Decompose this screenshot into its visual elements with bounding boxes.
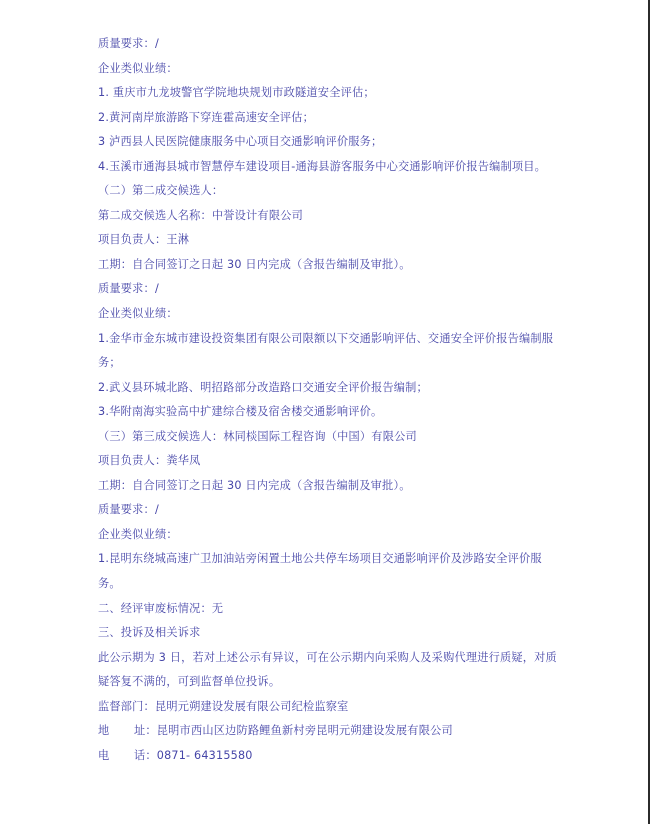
performance-item: 1.昆明东绕城高速广卫加油站旁闲置土地公共停车场项目交通影响评价及涉路安全评价服 bbox=[98, 549, 588, 574]
performance-item: 2.武义县环城北路、明招路部分改造路口交通安全评价报告编制； bbox=[98, 378, 588, 403]
performance-item-continued: 务； bbox=[98, 353, 588, 378]
quality-requirement-2: 质量要求：/ bbox=[98, 279, 588, 304]
quality-requirement-1: 质量要求：/ bbox=[98, 34, 588, 59]
complaints-text-continued: 疑答复不满的，可到监督单位投诉。 bbox=[98, 672, 588, 697]
project-lead-3: 项目负责人：粪华凤 bbox=[98, 451, 588, 476]
quality-requirement-3: 质量要求：/ bbox=[98, 500, 588, 525]
supervision-department: 监督部门：昆明元朔建设发展有限公司纪检监察室 bbox=[98, 697, 588, 722]
performance-item: 3 泸西县人民医院健康服务中心项目交通影响评价服务； bbox=[98, 132, 588, 157]
performance-item-continued: 务。 bbox=[98, 574, 588, 599]
third-candidate-heading: （三）第三成交候选人：林同棪国际工程咨询（中国）有限公司 bbox=[98, 427, 588, 452]
second-candidate-name: 第二成交候选人名称：中誉设计有限公司 bbox=[98, 206, 588, 231]
complaints-text: 此公示期为 3 日，若对上述公示有异议，可在公示期内向采购人及采购代理进行质疑，… bbox=[98, 648, 588, 673]
document-body: 质量要求：/ 企业类似业绩： 1. 重庆市九龙坡警官学院地块规划市政隧道安全评估… bbox=[98, 34, 588, 770]
complaints-section-heading: 三、投诉及相关诉求 bbox=[98, 623, 588, 648]
address-label-a: 地 bbox=[98, 721, 134, 741]
address-line: 地址：昆明市西山区边防路鲤鱼新村旁昆明元朔建设发展有限公司 bbox=[98, 721, 588, 746]
similar-performance-heading-3: 企业类似业绩： bbox=[98, 525, 588, 550]
performance-item: 1. 重庆市九龙坡警官学院地块规划市政隧道安全评估； bbox=[98, 83, 588, 108]
phone-value: 0871- 64315580 bbox=[157, 749, 253, 762]
similar-performance-heading-1: 企业类似业绩： bbox=[98, 59, 588, 84]
phone-line: 电话：0871- 64315580 bbox=[98, 746, 588, 771]
performance-item: 4.玉溪市通海县城市智慧停车建设项目-通海县游客服务中心交通影响评价报告编制项目… bbox=[98, 157, 588, 182]
address-value: 昆明市西山区边防路鲤鱼新村旁昆明元朔建设发展有限公司 bbox=[157, 724, 453, 737]
document-page: 质量要求：/ 企业类似业绩： 1. 重庆市九龙坡警官学院地块规划市政隧道安全评估… bbox=[0, 0, 648, 824]
duration-2: 工期：自合同签订之日起 30 日内完成（含报告编制及审批）。 bbox=[98, 255, 588, 280]
project-lead-2: 项目负责人：王淋 bbox=[98, 230, 588, 255]
duration-3: 工期：自合同签订之日起 30 日内完成（含报告编制及审批）。 bbox=[98, 476, 588, 501]
rejected-bids-section: 二、经评审废标情况：无 bbox=[98, 599, 588, 624]
address-label-b: 址： bbox=[134, 724, 157, 737]
performance-item: 2.黄河南岸旅游路下穿连霍高速安全评估； bbox=[98, 108, 588, 133]
phone-label-a: 电 bbox=[98, 746, 134, 766]
phone-label-b: 话： bbox=[134, 749, 157, 762]
similar-performance-heading-2: 企业类似业绩： bbox=[98, 304, 588, 329]
performance-item: 1.金华市金东城市建设投资集团有限公司限额以下交通影响评估、交通安全评价报告编制… bbox=[98, 329, 588, 354]
performance-item: 3.华附南海实验高中扩建综合楼及宿舍楼交通影响评价。 bbox=[98, 402, 588, 427]
second-candidate-heading: （二）第二成交候选人： bbox=[98, 181, 588, 206]
